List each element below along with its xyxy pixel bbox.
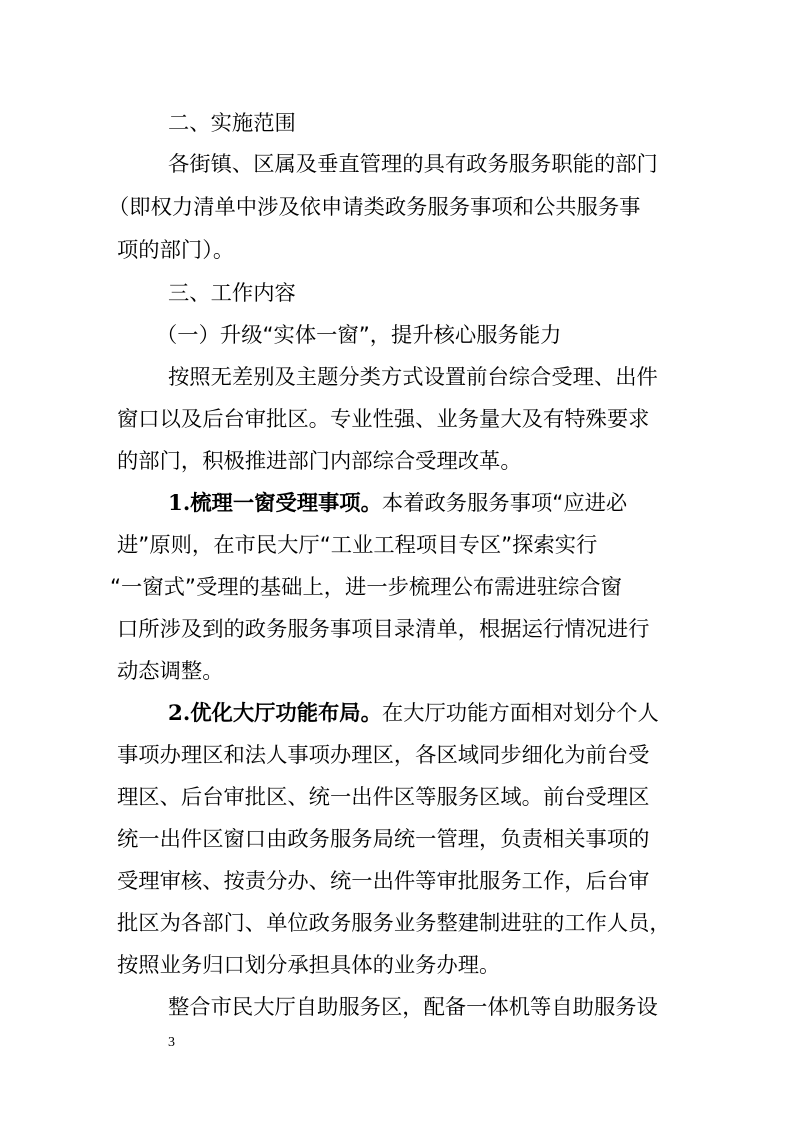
paragraph-line: 按照业务归口划分承担具体的业务办理。 bbox=[117, 952, 500, 980]
paragraph-line: 进”原则，在市民大厅“工业工程项目专区”探索实行 bbox=[117, 532, 597, 560]
paragraph-line: “一窗式”受理的基础上，进一步梳理公布需进驻综合窗 bbox=[110, 574, 622, 602]
paragraph-line: 的部门，积极推进部门内部综合受理改革。 bbox=[117, 448, 522, 476]
paragraph-line: 受理审核、按责分办、统一出件等审批服务工作，后台审 bbox=[117, 868, 649, 896]
section-heading-content: 三、工作内容 bbox=[168, 280, 296, 308]
paragraph-line: 各街镇、区属及垂直管理的具有政务服务职能的部门 bbox=[168, 151, 658, 179]
paragraph-line: 整合市民大厅自助服务区，配备一体机等自助服务设 bbox=[168, 994, 658, 1022]
paragraph-line: 口所涉及到的政务服务事项目录清单，根据运行情况进行 bbox=[117, 616, 649, 644]
item-title: 1.梳理一窗受理事项。 bbox=[168, 491, 382, 516]
paragraph-line: 项的部门）。 bbox=[117, 237, 234, 265]
section-heading-scope: 二、实施范围 bbox=[168, 110, 296, 138]
paragraph-line: 统一出件区窗口由政务服务局统一管理，负责相关事项的 bbox=[117, 826, 649, 854]
item-title: 2.优化大厅功能布局。 bbox=[168, 701, 382, 726]
page-number: 3 bbox=[168, 1035, 175, 1051]
paragraph-line: 事项办理区和法人事项办理区，各区域同步细化为前台受 bbox=[117, 742, 649, 770]
paragraph-line: 批区为各部门、单位政务服务业务整建制进驻的工作人员， bbox=[117, 910, 671, 938]
item-text: 在大厅功能方面相对划分个人 bbox=[382, 701, 659, 726]
paragraph-line: 理区、后台审批区、统一出件区等服务区域。前台受理区 bbox=[117, 784, 649, 812]
document-page: 二、实施范围 各街镇、区属及垂直管理的具有政务服务职能的部门 （即权力清单中涉及… bbox=[0, 0, 793, 1122]
subsection-heading: （一）升级“实体一窗”，提升核心服务能力 bbox=[156, 322, 561, 350]
paragraph-line: 窗口以及后台审批区。专业性强、业务量大及有特殊要求 bbox=[117, 406, 649, 434]
numbered-item-1: 1.梳理一窗受理事项。本着政务服务事项“应进必 bbox=[168, 490, 627, 518]
paragraph-line: 动态调整。 bbox=[117, 658, 224, 686]
paragraph-line: 按照无差别及主题分类方式设置前台综合受理、出件 bbox=[168, 364, 658, 392]
paragraph-line: （即权力清单中涉及依申请类政务服务事项和公共服务事 bbox=[108, 194, 640, 222]
numbered-item-2: 2.优化大厅功能布局。在大厅功能方面相对划分个人 bbox=[168, 700, 659, 728]
item-text: 本着政务服务事项“应进必 bbox=[382, 491, 627, 516]
